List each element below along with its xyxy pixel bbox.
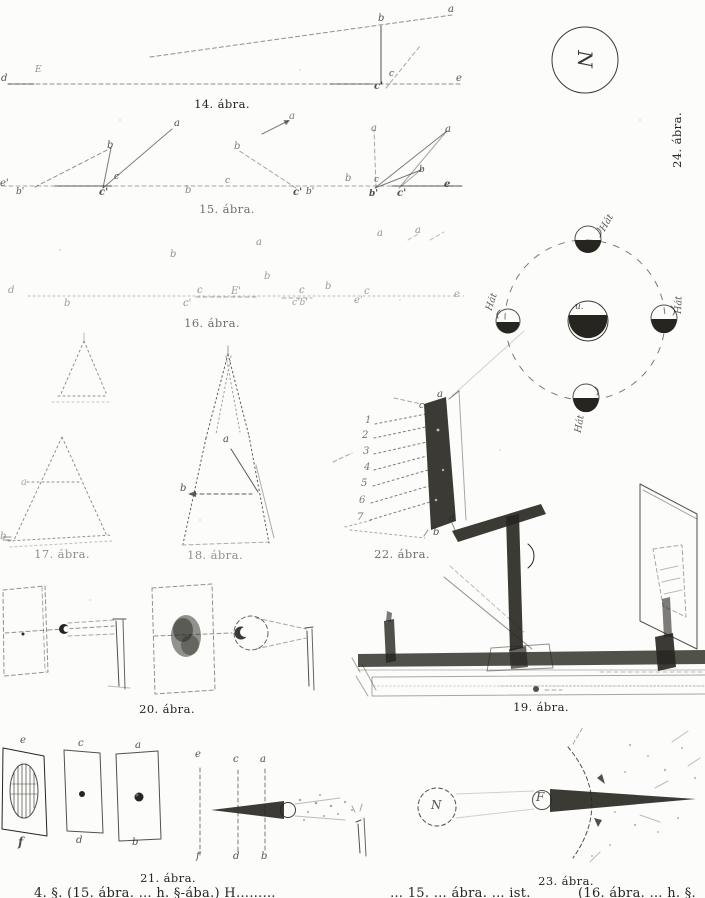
figure-24-drawing	[496, 27, 677, 412]
figure-22-drawing	[333, 331, 524, 538]
figure-17-drawing	[3, 333, 112, 547]
figure-15-caption: 15. ábra.	[199, 202, 255, 216]
figure-24-caption: 24. ábra.	[670, 112, 684, 168]
body-text-fragment-right: (16. ábra. … h. §.	[578, 887, 696, 898]
scanned-book-page: 14. ábra. 15. ábra. 16. ábra. 17. ábra. …	[0, 0, 705, 898]
figure-21-drawing	[2, 748, 366, 856]
scan-noise	[59, 69, 641, 601]
figure-18-caption: 18. ábra.	[187, 548, 243, 562]
figure-14-drawing	[8, 15, 460, 88]
figure-22-caption: 22. ábra.	[374, 547, 430, 561]
figure-23-drawing	[418, 727, 700, 862]
figure-14-caption: 14. ábra.	[194, 97, 250, 111]
figure-19-drawing	[352, 484, 705, 696]
figure-17-caption: 17. ábra.	[34, 547, 90, 561]
figure-15-drawing	[2, 120, 462, 188]
figure-20-drawing	[3, 584, 314, 694]
figure-21-caption: 21. ábra.	[140, 871, 196, 885]
body-text-fragment-mid: … 15. … ábra. … ist.	[390, 887, 531, 898]
figure-20-caption: 20. ábra.	[139, 702, 195, 716]
figure-18-drawing	[182, 346, 274, 545]
figure-19-caption: 19. ábra.	[513, 700, 569, 714]
figure-16-caption: 16. ábra.	[184, 316, 240, 330]
figure-16-drawing	[28, 232, 464, 298]
figures-drawing	[0, 0, 705, 898]
body-text-fragment-left: 4. §. (15. ábra. … h. §-ába.) H………	[34, 887, 276, 898]
